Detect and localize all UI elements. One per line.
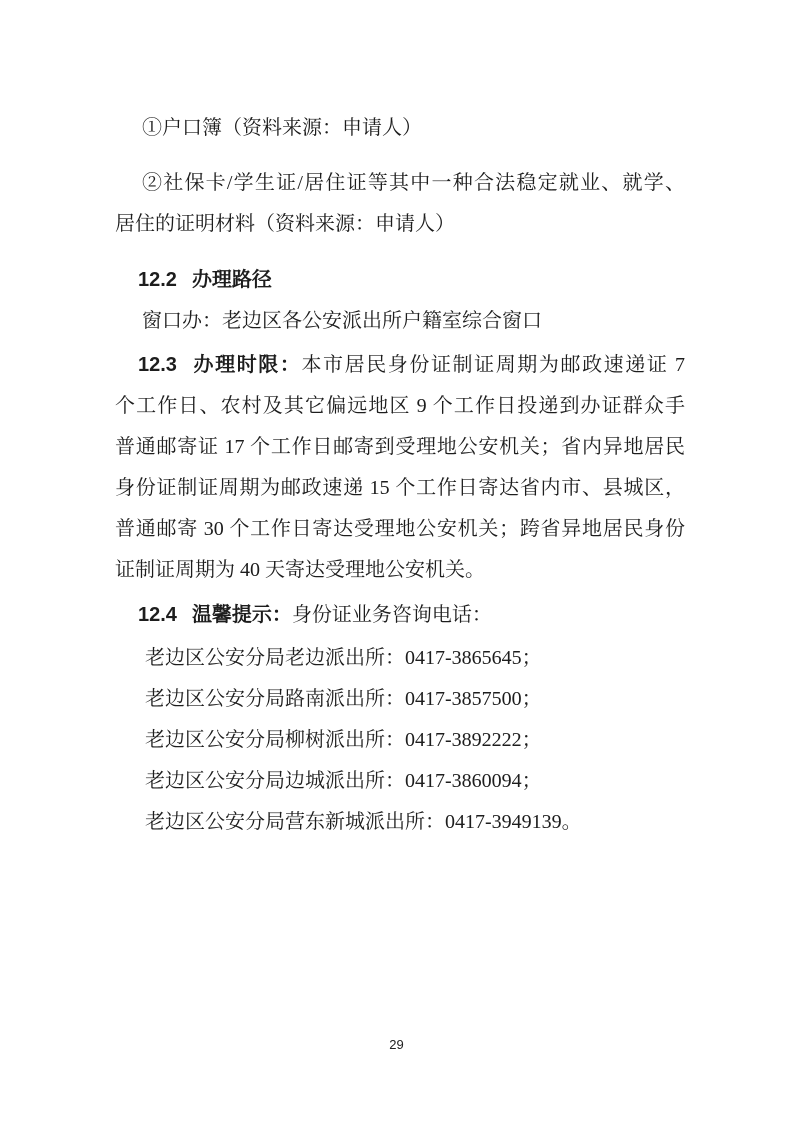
section-12-3-line-4: 身份证制证周期为邮政速递 15 个工作日寄达省内市、县城区， bbox=[115, 468, 685, 509]
section-12-2-title: 办理路径 bbox=[192, 269, 272, 291]
phone-list: 老边区公安分局老边派出所：0417-3865645； 老边区公安分局路南派出所：… bbox=[115, 638, 685, 843]
section-12-3-text-1: 本市居民身份证制证周期为邮政速递证 7 bbox=[301, 354, 685, 376]
section-12-4-number: 12.4 bbox=[138, 604, 177, 626]
section-12-3-line-3: 普通邮寄证 17 个工作日邮寄到受理地公安机关；省内异地居民 bbox=[115, 427, 685, 468]
section-12-3-line-5: 普通邮寄 30 个工作日寄达受理地公安机关；跨省异地居民身份 bbox=[115, 509, 685, 550]
phone-list-item: 老边区公安分局柳树派出所：0417-3892222； bbox=[115, 720, 685, 761]
section-12-2-heading: 12.2办理路径 bbox=[115, 260, 685, 301]
phone-list-item: 老边区公安分局路南派出所：0417-3857500； bbox=[115, 679, 685, 720]
phone-list-item: 老边区公安分局老边派出所：0417-3865645； bbox=[115, 638, 685, 679]
attachment-item-2: ②社保卡/学生证/居住证等其中一种合法稳定就业、就学、 居住的证明材料（资料来源… bbox=[115, 163, 685, 245]
section-12-3-paragraph: 12.3办理时限：本市居民身份证制证周期为邮政速递证 7 个工作日、农村及其它偏… bbox=[115, 345, 685, 591]
section-12-2-number: 12.2 bbox=[138, 269, 177, 291]
phone-list-item: 老边区公安分局边城派出所：0417-3860094； bbox=[115, 761, 685, 802]
document-body: ①户口簿（资料来源：申请人） ②社保卡/学生证/居住证等其中一种合法稳定就业、就… bbox=[115, 108, 685, 843]
page-number: 29 bbox=[0, 1036, 793, 1054]
section-12-3-line-6: 证制证周期为 40 天寄达受理地公安机关。 bbox=[115, 550, 685, 591]
section-12-4-heading: 12.4温馨提示：身份证业务咨询电话： bbox=[115, 595, 685, 636]
attachment-item-1: ①户口簿（资料来源：申请人） bbox=[115, 108, 685, 149]
section-12-2-body: 窗口办：老边区各公安派出所户籍室综合窗口 bbox=[115, 301, 685, 342]
document-page: { "page": { "number": "29", "background_… bbox=[0, 0, 793, 1122]
section-12-3-title: 办理时限： bbox=[192, 354, 302, 376]
attachment-item-2-line-2: 居住的证明材料（资料来源：申请人） bbox=[115, 204, 685, 245]
section-12-3-line-2: 个工作日、农村及其它偏远地区 9 个工作日投递到办证群众手中， bbox=[115, 386, 685, 427]
phone-list-item: 老边区公安分局营东新城派出所：0417-3949139。 bbox=[115, 802, 685, 843]
section-12-4-text: 身份证业务咨询电话： bbox=[292, 604, 492, 626]
section-12-3-number: 12.3 bbox=[138, 354, 177, 376]
section-12-4-title: 温馨提示： bbox=[192, 604, 292, 626]
attachment-item-2-line-1: ②社保卡/学生证/居住证等其中一种合法稳定就业、就学、 bbox=[115, 163, 685, 204]
section-12-3-line-1: 12.3办理时限：本市居民身份证制证周期为邮政速递证 7 bbox=[115, 345, 685, 386]
